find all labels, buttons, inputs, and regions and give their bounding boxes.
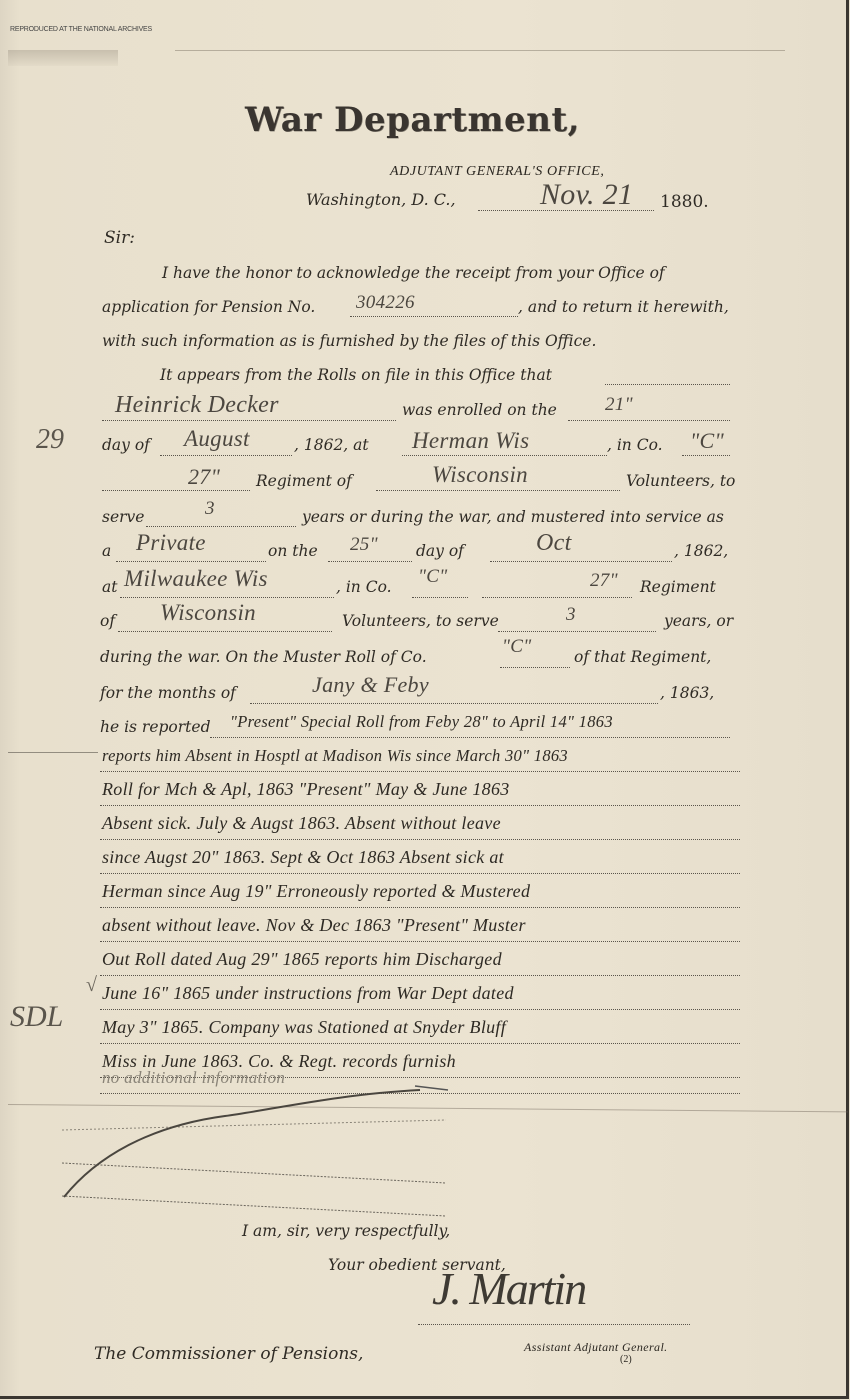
- body-label: he is reported: [100, 718, 211, 736]
- field-line: [100, 1043, 740, 1044]
- body-label: for the months of: [100, 684, 236, 702]
- fold-line: [175, 50, 785, 51]
- field-line: [118, 631, 332, 632]
- field-line: [100, 1009, 740, 1010]
- muster-month: Oct: [536, 530, 572, 557]
- body-label: application for Pension No.: [102, 298, 315, 316]
- signature: J. Martin: [432, 1262, 585, 1315]
- field-line: [160, 455, 292, 456]
- signature-line: [418, 1324, 690, 1325]
- muster-regiment-number: 27": [590, 570, 618, 592]
- field-line: [100, 805, 740, 806]
- field-line: [100, 941, 740, 942]
- months-value: Jany & Feby: [312, 672, 429, 698]
- muster-company: "C": [418, 566, 448, 588]
- body-label: during the war. On the Muster Roll of Co…: [100, 648, 427, 666]
- state: Wisconsin: [432, 462, 528, 488]
- body-label: was enrolled on the: [402, 401, 557, 419]
- pension-number: 304226: [356, 292, 415, 314]
- body-label: on the: [268, 542, 318, 560]
- field-line: [605, 384, 730, 385]
- field-line: [210, 737, 730, 738]
- date-value: Nov. 21: [540, 178, 633, 212]
- body-label: day of: [102, 436, 150, 454]
- field-line: [146, 526, 296, 527]
- name-field-line: [102, 420, 396, 421]
- muster-term: 3: [566, 604, 576, 626]
- field-line: [500, 667, 570, 668]
- field-line: [682, 455, 730, 456]
- department-heading: War Department,: [245, 100, 580, 140]
- report-line: Herman since Aug 19" Erroneously reporte…: [102, 881, 530, 902]
- body-label: Regiment of: [256, 472, 352, 490]
- field-line: [116, 561, 266, 562]
- field-line: [376, 490, 620, 491]
- report-line: absent without leave. Nov & Dec 1863 "Pr…: [102, 915, 526, 936]
- cancellation-stroke: [0, 1080, 850, 1240]
- field-line: [402, 455, 607, 456]
- body-label: at: [102, 578, 117, 596]
- report-line: Roll for Mch & Apl, 1863 "Present" May &…: [102, 779, 510, 800]
- field-line: [498, 631, 656, 632]
- field-line: [490, 561, 672, 562]
- report-line: Out Roll dated Aug 29" 1865 reports him …: [102, 949, 502, 970]
- body-label: years, or: [664, 612, 733, 630]
- body-line: I have the honor to acknowledge the rece…: [162, 264, 665, 282]
- roll-company: "C": [502, 636, 532, 658]
- company: "C": [690, 428, 724, 454]
- enrolled-day: 21": [605, 394, 633, 416]
- body-label: serve: [102, 508, 144, 526]
- field-line: [100, 771, 740, 772]
- muster-day: 25": [350, 534, 378, 556]
- field-line: [250, 703, 658, 704]
- archive-stamp: REPRODUCED AT THE NATIONAL ARCHIVES: [10, 26, 152, 33]
- salutation: Sir:: [104, 228, 135, 248]
- muster-state: Wisconsin: [160, 600, 256, 626]
- field-line: [482, 597, 632, 598]
- closing-line: I am, sir, very respectfully,: [242, 1222, 450, 1240]
- body-label: of: [100, 612, 115, 630]
- body-label: Regiment: [640, 578, 716, 596]
- body-line: It appears from the Rolls on file in thi…: [160, 366, 552, 384]
- body-label: Volunteers, to: [626, 472, 735, 490]
- rank: Private: [136, 530, 206, 556]
- field-line: [568, 420, 730, 421]
- pension-field-line: [350, 316, 518, 317]
- body-label: of that Regiment,: [574, 648, 711, 666]
- term-years: 3: [205, 498, 215, 520]
- field-line: [328, 561, 412, 562]
- enrolled-place: Herman Wis: [412, 428, 529, 454]
- field-line: [412, 597, 468, 598]
- field-line: [100, 873, 740, 874]
- year-label: 1880.: [660, 192, 709, 212]
- body-label: day of: [416, 542, 464, 560]
- report-line: June 16" 1865 under instructions from Wa…: [102, 983, 514, 1004]
- body-label: , 1862, at: [294, 436, 369, 454]
- document-page: REPRODUCED AT THE NATIONAL ARCHIVES War …: [0, 0, 849, 1399]
- body-label: , 1862,: [674, 542, 728, 560]
- fold-line: [8, 752, 98, 753]
- soldier-name: Heinrick Decker: [115, 392, 279, 419]
- body-label: Volunteers, to serve: [342, 612, 499, 630]
- field-line: [100, 975, 740, 976]
- report-line: May 3" 1865. Company was Stationed at Sn…: [102, 1017, 506, 1038]
- field-line: [120, 597, 334, 598]
- regiment-number: 27": [188, 464, 220, 490]
- body-label: years or during the war, and mustered in…: [302, 508, 724, 526]
- enrolled-month: August: [184, 426, 250, 452]
- muster-place: Milwaukee Wis: [124, 566, 268, 592]
- report-line: reports him Absent in Hosptl at Madison …: [102, 746, 568, 766]
- body-label: , in Co.: [336, 578, 392, 596]
- body-line: with such information as is furnished by…: [102, 332, 596, 350]
- margin-note-29: 29: [36, 424, 64, 456]
- report-line: "Present" Special Roll from Feby 28" to …: [230, 712, 613, 732]
- field-line: [100, 839, 740, 840]
- body-label: a: [102, 542, 111, 560]
- margin-note-sdl: SDL: [10, 1000, 63, 1034]
- signatory-title: Assistant Adjutant General.: [524, 1340, 668, 1355]
- addressee: The Commissioner of Pensions,: [94, 1344, 363, 1364]
- body-label: , in Co.: [607, 436, 663, 454]
- report-line: since Augst 20" 1863. Sept & Oct 1863 Ab…: [102, 847, 504, 868]
- report-line: Absent sick. July & Augst 1863. Absent w…: [102, 813, 501, 834]
- scan-smudge: [8, 50, 118, 66]
- check-mark: √: [86, 974, 97, 997]
- field-line: [100, 907, 740, 908]
- form-number: (2): [620, 1354, 632, 1365]
- field-line: [102, 490, 250, 491]
- place-label: Washington, D. C.,: [306, 190, 456, 209]
- body-label: , and to return it herewith,: [518, 298, 729, 316]
- body-label: , 1863,: [660, 684, 714, 702]
